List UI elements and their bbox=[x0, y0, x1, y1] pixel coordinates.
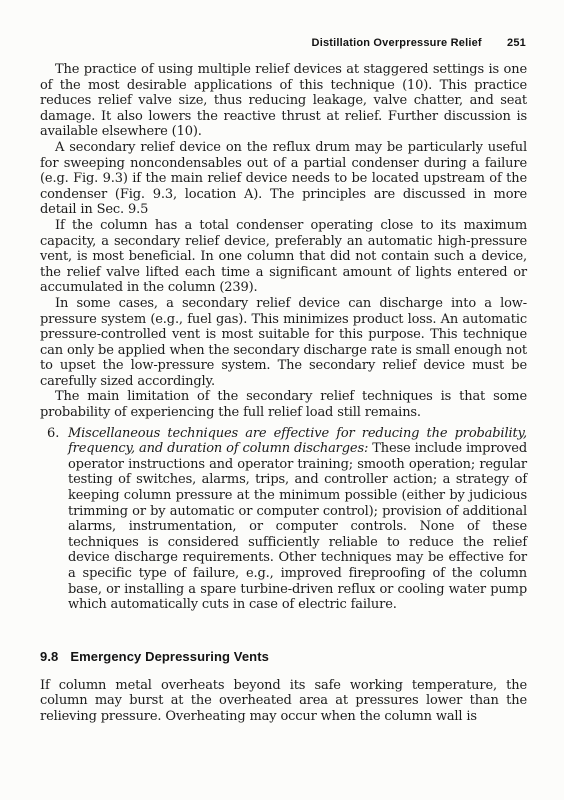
list-item-number: 6. bbox=[40, 426, 68, 613]
page-content: The practice of using multiple relief de… bbox=[40, 62, 527, 725]
paragraph-5: The main limitation of the secondary rel… bbox=[40, 389, 527, 420]
section-number: 9.8 bbox=[40, 649, 58, 664]
running-head-title: Distillation Overpressure Relief bbox=[312, 37, 482, 49]
numbered-list-item-6: 6. Miscellaneous techniques are effectiv… bbox=[40, 426, 527, 613]
running-head: Distillation Overpressure Relief 251 bbox=[312, 37, 526, 49]
paragraph-3: If the column has a total condenser oper… bbox=[40, 218, 527, 296]
paragraph-2: A secondary relief device on the reflux … bbox=[40, 140, 527, 218]
book-page: Distillation Overpressure Relief 251 The… bbox=[0, 0, 564, 800]
paragraph-4: In some cases, a secondary relief device… bbox=[40, 296, 527, 390]
section-title: Emergency Depressuring Vents bbox=[70, 649, 269, 664]
list-item-regular-text: These include improved operator instruct… bbox=[68, 441, 527, 612]
paragraph-1: The practice of using multiple relief de… bbox=[40, 62, 527, 140]
section-heading: 9.8Emergency Depressuring Vents bbox=[40, 649, 527, 664]
list-item-text: Miscellaneous techniques are effective f… bbox=[68, 426, 527, 613]
page-number: 251 bbox=[507, 37, 526, 49]
final-paragraph: If column metal overheats beyond its saf… bbox=[40, 678, 527, 725]
